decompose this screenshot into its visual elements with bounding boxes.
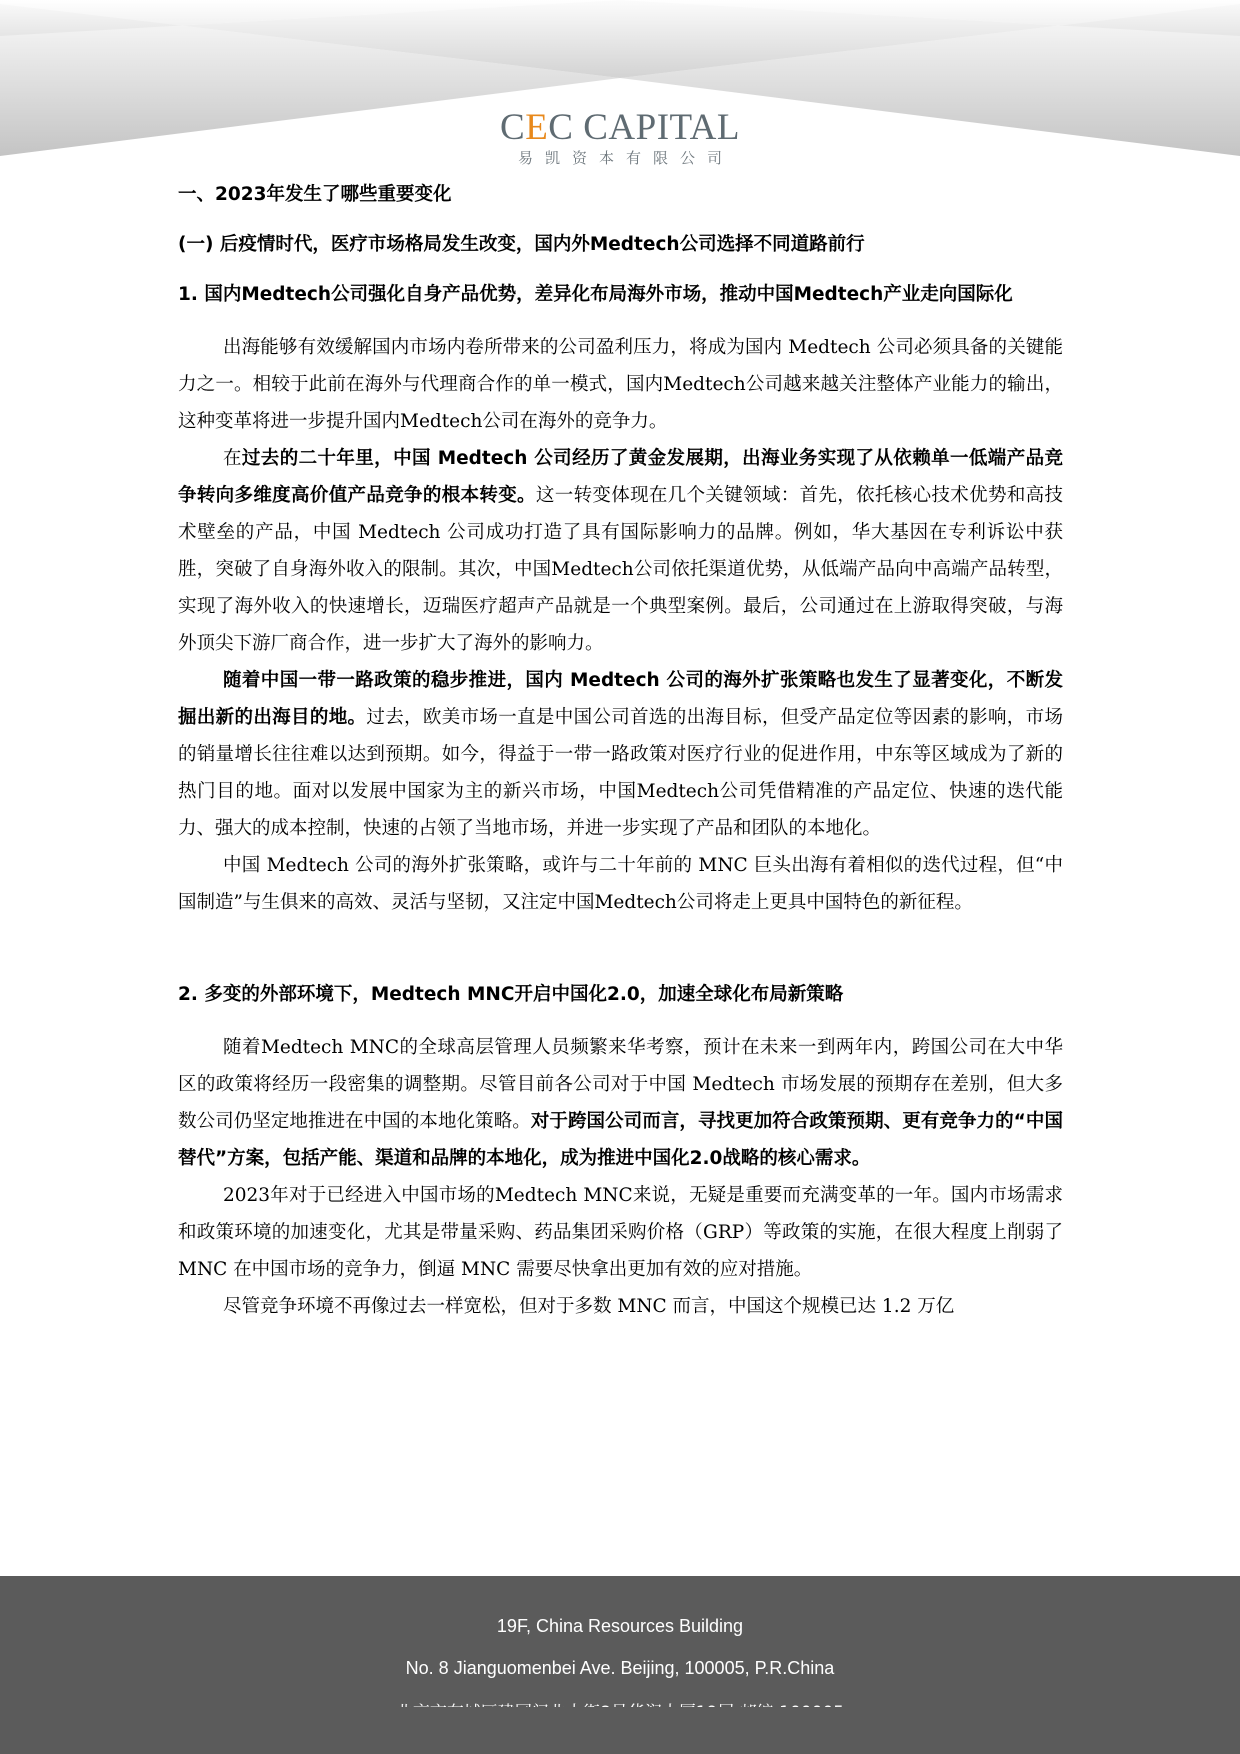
- item-1-title: 1. 国内Medtech公司强化自身产品优势，差异化布局海外市场，推动中国Med…: [178, 276, 1063, 313]
- logo-accent-letter: E: [525, 107, 548, 148]
- paragraph: 中国 Medtech 公司的海外扩张策略，或许与二十年前的 MNC 巨头出海有着…: [178, 847, 1063, 921]
- paragraph: 尽管竞争环境不再像过去一样宽松，但对于多数 MNC 而言，中国这个规模已达 1.…: [178, 1288, 1063, 1325]
- paragraph: 出海能够有效缓解国内市场内卷所带来的公司盈利压力，将成为国内 Medtech 公…: [178, 329, 1063, 440]
- subsection-title: (一) 后疫情时代，医疗市场格局发生改变，国内外Medtech公司选择不同道路前…: [178, 226, 1063, 263]
- logo-english: CEC CAPITAL: [0, 108, 1240, 148]
- logo-chinese: 易凯资本有限公司: [0, 148, 1240, 168]
- document-body: 一、2023年发生了哪些重要变化 (一) 后疫情时代，医疗市场格局发生改变，国内…: [178, 176, 1063, 1325]
- item-2-title: 2. 多变的外部环境下，Medtech MNC开启中国化2.0，加速全球化布局新…: [178, 976, 1063, 1013]
- paragraph: 随着Medtech MNC的全球高层管理人员频繁来华考察，预计在未来一到两年内，…: [178, 1029, 1063, 1177]
- paragraph: 在过去的二十年里，中国 Medtech 公司经历了黄金发展期，出海业务实现了从依…: [178, 440, 1063, 662]
- page-footer: 19F, China Resources Building No. 8 Jian…: [0, 1576, 1240, 1754]
- paragraph: 2023年对于已经进入中国市场的Medtech MNC来说，无疑是重要而充满变革…: [178, 1177, 1063, 1288]
- section-title: 一、2023年发生了哪些重要变化: [178, 176, 1063, 213]
- footer-address-chinese: 北京市东城区建国门北大街8号华润大厦19层 邮编 100005: [0, 1698, 1240, 1707]
- company-logo: CEC CAPITAL 易凯资本有限公司: [0, 108, 1240, 168]
- footer-address-line-2: No. 8 Jianguomenbei Ave. Beijing, 100005…: [0, 1658, 1240, 1679]
- paragraph: 随着中国一带一路政策的稳步推进，国内 Medtech 公司的海外扩张策略也发生了…: [178, 662, 1063, 847]
- footer-address-line-1: 19F, China Resources Building: [0, 1616, 1240, 1637]
